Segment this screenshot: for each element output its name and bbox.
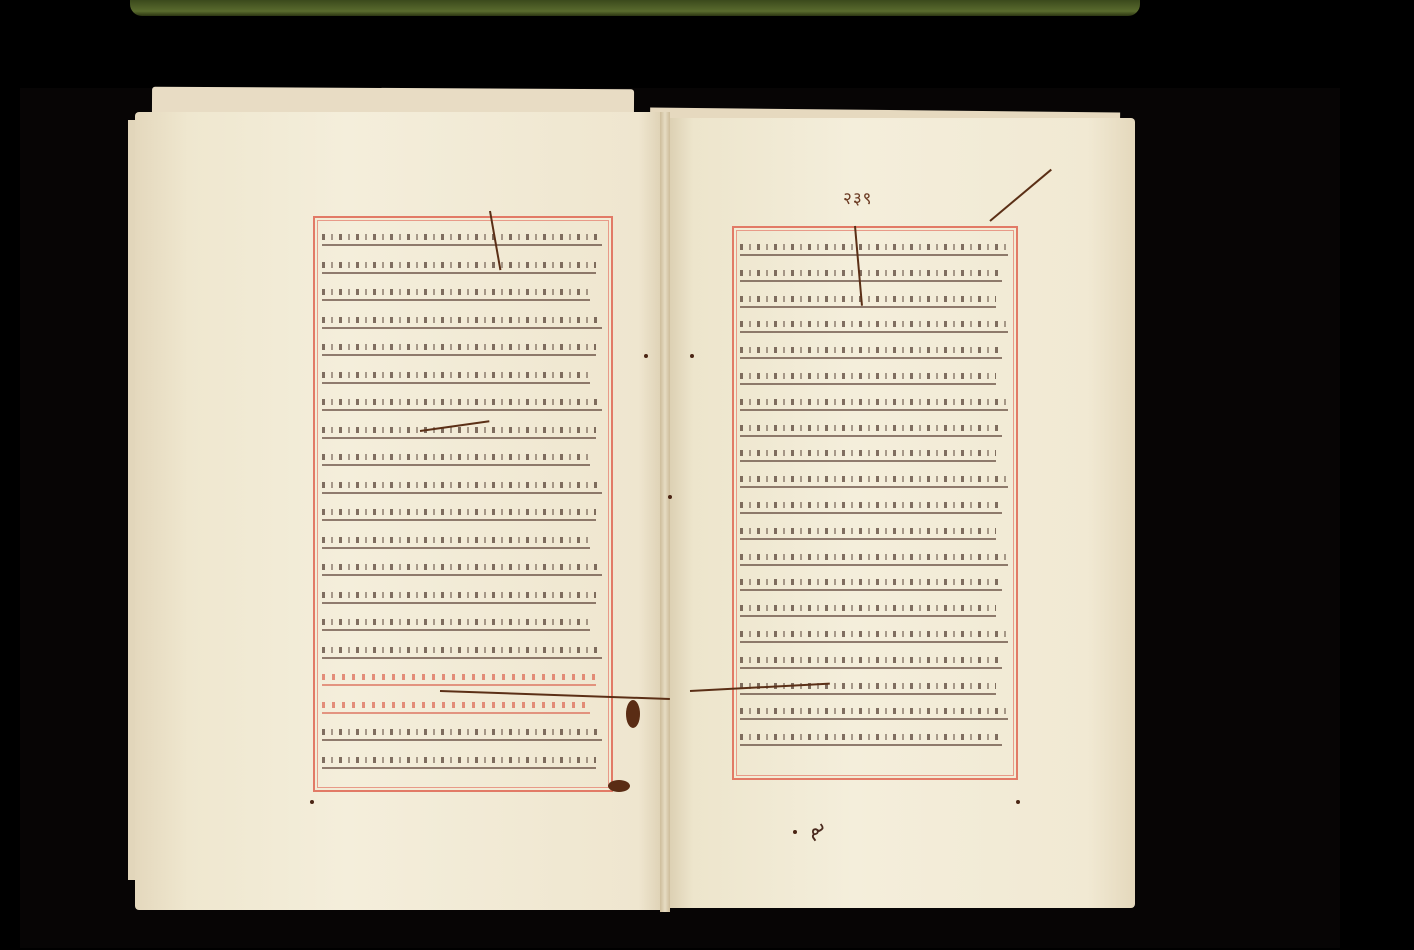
script-line — [740, 603, 996, 617]
script-line — [740, 655, 1002, 669]
script-line — [322, 232, 602, 246]
script-line — [322, 727, 602, 741]
script-line — [740, 500, 1002, 514]
ink-dot — [668, 495, 672, 499]
ink-stain — [608, 780, 630, 792]
script-line — [322, 590, 596, 604]
script-line — [740, 242, 1008, 256]
ink-dot — [1016, 800, 1020, 804]
ink-dot — [690, 354, 694, 358]
ink-dot — [793, 830, 797, 834]
script-line — [740, 319, 1008, 333]
script-line — [322, 315, 602, 329]
script-line — [322, 645, 602, 659]
page-number: २३९ — [843, 186, 873, 209]
script-line — [740, 268, 1002, 282]
script-line — [322, 370, 590, 384]
script-line — [322, 397, 602, 411]
script-line — [322, 425, 596, 439]
script-line — [322, 617, 590, 631]
ink-dot — [310, 800, 314, 804]
script-line — [322, 287, 590, 301]
script-line — [740, 345, 1002, 359]
script-line — [740, 448, 996, 462]
script-line — [322, 672, 596, 686]
script-line — [322, 260, 596, 274]
script-line — [322, 507, 596, 521]
book-gutter — [660, 112, 670, 912]
script-line — [322, 562, 602, 576]
ink-dot — [644, 354, 648, 358]
script-line — [322, 755, 596, 769]
green-top-strip — [130, 0, 1140, 16]
script-line — [740, 474, 1008, 488]
script-line — [740, 706, 1008, 720]
script-line — [322, 342, 596, 356]
script-line — [740, 423, 1002, 437]
script-line — [322, 700, 590, 714]
script-line — [740, 397, 1008, 411]
ink-stain — [626, 700, 640, 728]
script-line — [322, 452, 590, 466]
script-line — [740, 371, 996, 385]
script-line — [740, 629, 1008, 643]
script-line — [740, 526, 996, 540]
script-line — [740, 577, 1002, 591]
script-line — [740, 294, 996, 308]
script-line — [740, 732, 1002, 746]
script-line — [322, 535, 590, 549]
script-line — [740, 681, 996, 695]
script-line — [740, 552, 1008, 566]
script-line — [322, 480, 602, 494]
